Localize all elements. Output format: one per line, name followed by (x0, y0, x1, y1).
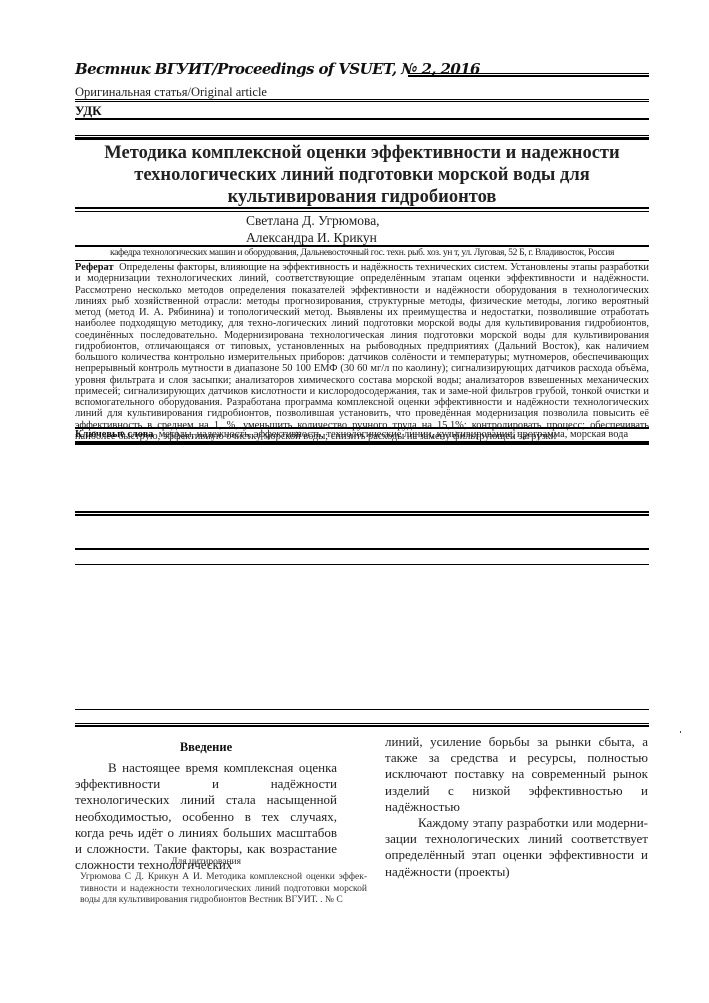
citation-heading: Для цитирования (75, 857, 337, 867)
authors: Светлана Д. Угрюмова, Александра И. Крик… (246, 212, 380, 246)
keywords-text: методы, надежность, эффективность, техно… (159, 429, 628, 440)
divider (75, 441, 649, 445)
abstract-text: Определены факторы, влияющие на эффектив… (75, 262, 649, 442)
divider (75, 725, 649, 727)
divider (75, 118, 649, 120)
udk-label: УДК (75, 103, 102, 119)
stray-mark (680, 731, 681, 733)
abstract-label: Реферат (75, 262, 114, 273)
divider (75, 207, 649, 209)
divider (75, 564, 649, 565)
divider (75, 709, 649, 710)
keywords-label: Ключевые слова (75, 429, 154, 440)
divider (75, 99, 649, 100)
citation-text: Угрюмова С Д. Крикун А И. Методика компл… (80, 872, 367, 907)
divider (75, 260, 649, 261)
author-1: Светлана Д. Угрюмова, (246, 212, 380, 229)
author-2: Александра И. Крикун (246, 229, 380, 246)
keywords: Ключевые слова методы, надежность, эффек… (75, 429, 649, 441)
abstract: Реферат Определены факторы, влияющие на … (75, 262, 649, 442)
article-type: Оригинальная статья/Original article (75, 85, 267, 100)
introduction-heading: Введение (75, 740, 337, 755)
divider (75, 511, 649, 513)
article-title: Методика комплексной оценки эффективност… (75, 142, 649, 208)
divider (75, 101, 649, 102)
header-rule-thick (408, 75, 649, 77)
divider (75, 135, 649, 136)
introduction-right-column: линий, усиление борьбы за рынки сбыта, а… (385, 734, 648, 880)
header-rule-thin (408, 73, 649, 74)
divider (75, 548, 649, 550)
divider (75, 514, 649, 516)
divider (75, 723, 649, 724)
divider (75, 137, 649, 140)
affiliation: кафедра технологических машин и оборудов… (75, 247, 649, 258)
introduction-paragraph-1: линий, усиление борьбы за рынки сбыта, а… (385, 734, 648, 815)
introduction-paragraph-2: Каждому этапу разработки или модерни-зац… (385, 815, 648, 880)
